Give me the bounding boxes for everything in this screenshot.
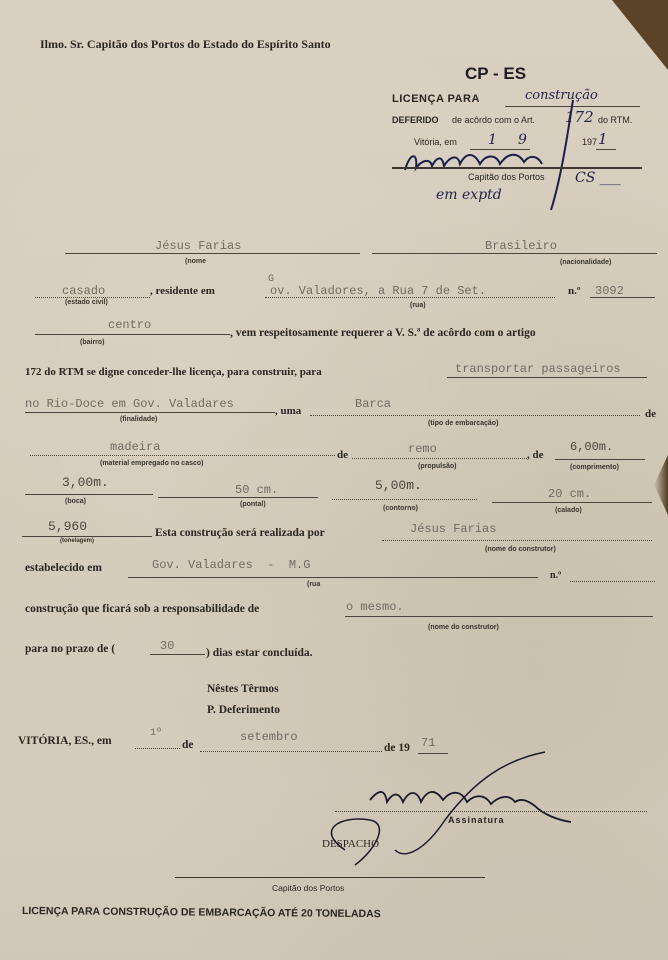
residente-text: , residente em (150, 285, 215, 297)
propulsao-label: (propulsão) (418, 463, 457, 470)
material-line (30, 455, 335, 456)
responsabilidade-value: o mesmo. (346, 600, 404, 614)
comprimento-value: 6,00m. (570, 440, 613, 454)
folded-corner (612, 0, 668, 70)
stamp-note-1: CS ___ (575, 170, 621, 186)
nome-label: (nome (185, 258, 206, 265)
deferimento: P. Deferimento (207, 704, 280, 716)
estado-civil-label: (estado civil) (65, 299, 108, 306)
stamp-header: CP - ES (465, 64, 526, 84)
numero-value: 3092 (595, 284, 624, 298)
stamp-deferido-text: de acôrdo com o Art. (452, 115, 535, 125)
stamp-rtm: do RTM. (598, 115, 632, 125)
numero-label: n.º (568, 285, 581, 297)
stamp-signature-line (392, 167, 642, 169)
construtor-value: Jésus Farias (410, 522, 496, 536)
estado-civil-line (35, 297, 150, 298)
prazo-text-1: para no prazo de ( (25, 643, 115, 655)
rua-label: (rua) (410, 302, 426, 309)
estabelecido-line (128, 577, 538, 578)
stamp-slash-stroke (545, 98, 585, 218)
assinatura-line (335, 811, 647, 812)
pontal-line (158, 497, 318, 498)
responsabilidade-line (345, 616, 653, 617)
estado-civil-value: casado (62, 284, 105, 298)
stamp-date-line-2 (596, 149, 616, 150)
de-1: de (182, 739, 194, 751)
estabelecido-numero-line (570, 581, 655, 582)
salutation-text: Ilmo. Sr. Capitão dos Portos do Estado d… (40, 37, 331, 51)
estabelecido-numero-label: n.º (550, 570, 561, 581)
material-value: madeira (110, 440, 160, 454)
bairro-value: centro (108, 318, 151, 332)
arqueacao-value: 5,960 (48, 519, 87, 534)
finalidade-line-2 (25, 412, 275, 413)
torn-edge (654, 455, 668, 515)
calado-line (492, 502, 652, 503)
finalidade-value-2: no Rio-Doce em Gov. Valadares (25, 397, 234, 411)
construcao-text: Esta construção será realizada por (155, 527, 325, 539)
nacionalidade-line (372, 253, 657, 254)
bairro-line (35, 334, 230, 335)
contorno-value: 5,00m. (375, 478, 422, 493)
finalidade-label: (finalidade) (120, 416, 157, 423)
artigo-text: 172 do RTM se digne conceder-lhe licença… (25, 366, 322, 378)
requerer-text: , vem respeitosamente requerer a V. S.ª … (230, 327, 536, 339)
prazo-line (150, 654, 205, 655)
comprimento-line (555, 459, 645, 460)
nacionalidade-value: Brasileiro (485, 239, 557, 253)
material-label: (material empregado no casco) (100, 460, 203, 467)
propulsao-de: de (337, 449, 348, 461)
prazo-text-2: ) dias estar concluída. (206, 647, 313, 659)
estabelecido-rua-label: (rua (307, 581, 320, 588)
stamp-year-suffix: 1 (598, 130, 608, 148)
document-page: Ilmo. Sr. Capitão dos Portos do Estado d… (0, 0, 668, 960)
stamp-note-2: em exptd (436, 187, 502, 203)
salutation: Ilmo. Sr. Capitão dos Portos do Estado d… (40, 37, 331, 52)
pontal-value: 50 cm. (235, 483, 278, 497)
finalidade-line-1 (447, 377, 647, 378)
local-text: VITÓRIA, ES., em (18, 735, 112, 747)
pontal-label: (pontal) (240, 501, 266, 508)
contorno-label: (contorno) (383, 505, 418, 512)
calado-label: (calado) (555, 507, 582, 514)
comprimento-label: (comprimento) (570, 464, 619, 471)
mes-value: setembro (240, 730, 298, 744)
stamp-deferido: DEFERIDO (392, 115, 439, 125)
stamp-licenca-label: LICENÇA PARA (392, 93, 480, 105)
nacionalidade-label: (nacionalidade) (560, 259, 611, 266)
boca-line (25, 494, 153, 495)
rua-line (265, 297, 555, 298)
de-text: de (645, 408, 656, 420)
estabelecido-text: estabelecido em (25, 562, 102, 574)
tipo-label: (tipo de embarcação) (428, 420, 498, 427)
boca-value: 3,00m. (62, 475, 109, 490)
construtor-label: (nome do construtor) (485, 546, 556, 553)
rua-value: ov. Valadores, a Rua 7 de Set. (270, 284, 486, 298)
nestes-termos: Nêstes Têrmos (207, 683, 279, 695)
estabelecido-value: Gov. Valadares - M.G (152, 558, 310, 572)
uma-text: , uma (275, 405, 301, 417)
dia-value: 1º (150, 728, 162, 739)
comprimento-de: , de (527, 449, 544, 461)
contorno-line (332, 499, 477, 500)
arqueacao-line (22, 536, 152, 537)
capitao-footer-line (175, 877, 485, 878)
responsabilidade-label: (nome do construtor) (428, 624, 499, 631)
applicant-signature (295, 750, 615, 870)
arqueacao-label: (tonelagem) (60, 538, 94, 544)
numero-line (590, 297, 655, 298)
dia-line (135, 748, 180, 749)
calado-value: 20 cm. (548, 487, 591, 501)
propulsao-value: remo (408, 442, 437, 456)
bairro-label: (bairro) (80, 339, 105, 346)
boca-label: (boca) (65, 498, 86, 505)
construtor-line (382, 540, 652, 541)
nome-line (65, 253, 360, 254)
propulsao-line (352, 458, 527, 459)
footer-title: LICENÇA PARA CONSTRUÇÃO DE EMBARCAÇÃO AT… (22, 905, 381, 920)
assinatura-label: Assinatura (448, 815, 505, 825)
capitao-footer: Capitão dos Portos (272, 883, 344, 893)
nome-value: Jésus Farias (155, 239, 241, 253)
prazo-value: 30 (160, 639, 174, 653)
despacho-label: DESPACHO (322, 838, 379, 850)
ano-value: 71 (421, 736, 435, 750)
tipo-value: Barca (355, 397, 391, 411)
finalidade-value-1: transportar passageiros (455, 362, 621, 376)
tipo-line (310, 415, 640, 416)
responsabilidade-text: construção que ficará sob a responsabili… (25, 603, 259, 615)
stamp-capitao-label: Capitão dos Portos (468, 172, 545, 182)
